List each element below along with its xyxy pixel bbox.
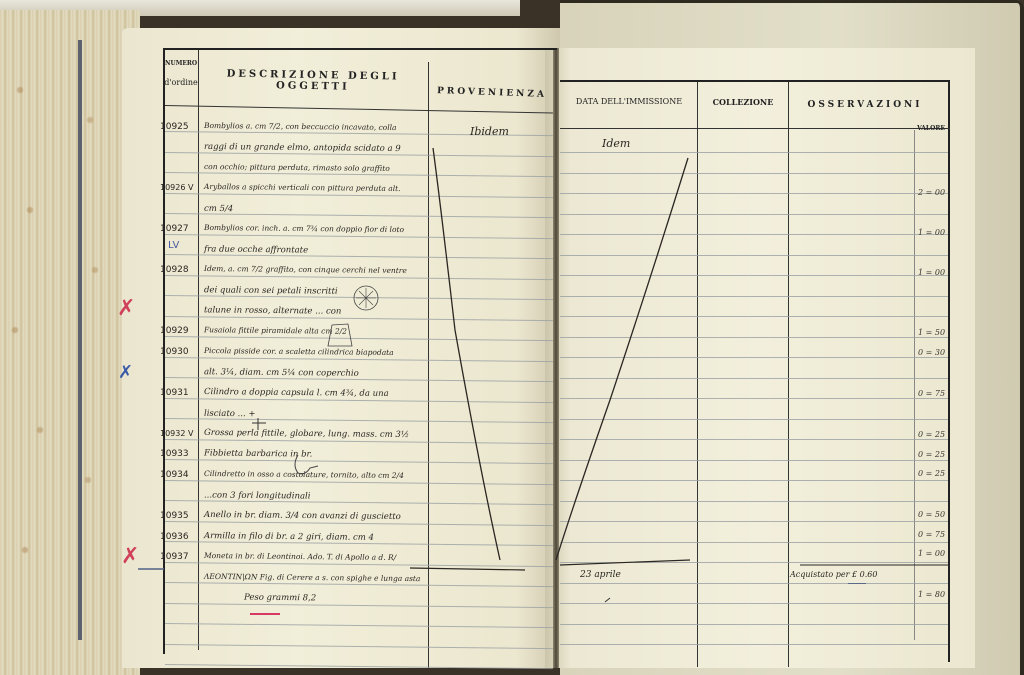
ledger-photo: NUMERO d'ordine DESCRIZIONE DEGLI OGGETT… [0, 0, 1024, 675]
ditto-strokes [0, 0, 1024, 675]
